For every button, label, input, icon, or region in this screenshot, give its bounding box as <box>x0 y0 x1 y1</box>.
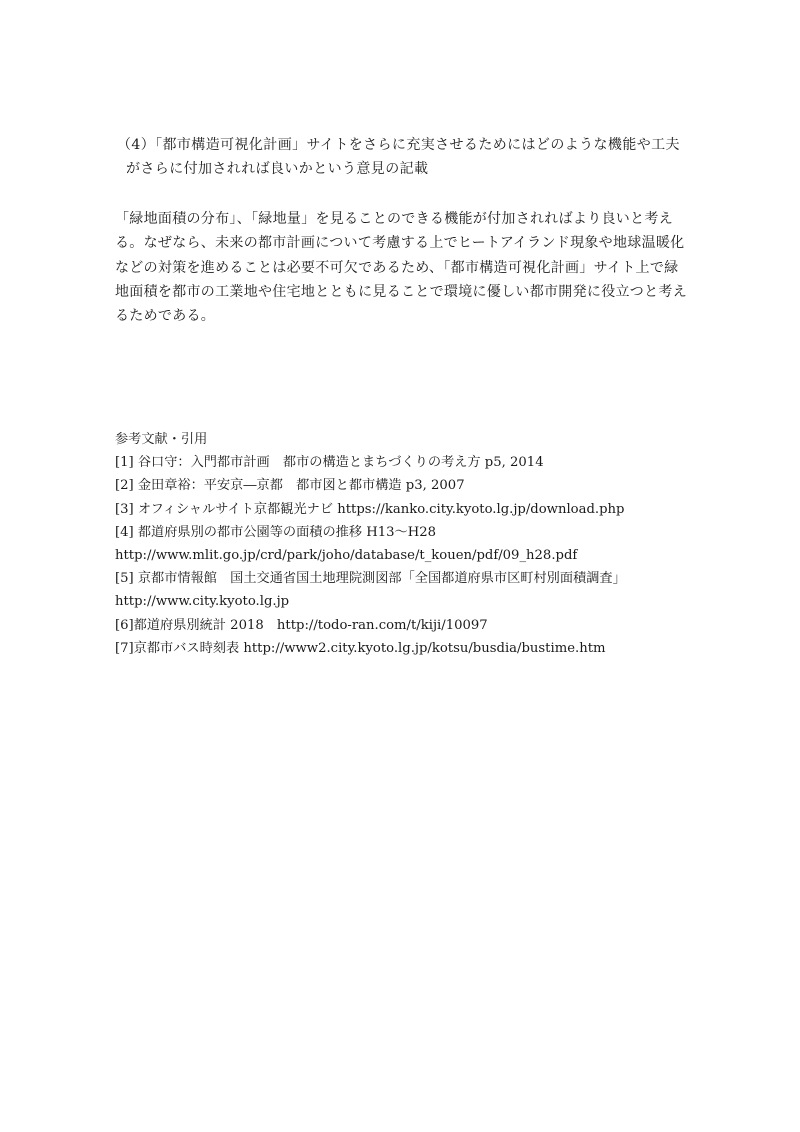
reference-item: [1] 谷口守：入門都市計画 都市の構造とまちづくりの考え方 p5, 2014 <box>115 451 715 474</box>
reference-item: [6]都道府県別統計 2018 http://todo-ran.com/t/ki… <box>115 614 715 637</box>
reference-item: [2] 金田章裕：平安京―京都 都市図と都市構造 p3, 2007 <box>115 474 715 497</box>
section-heading-line-1: （4）「都市構造可視化計画」サイトをさらに充実させるためにはどのような機能や工夫 <box>117 137 680 153</box>
reference-item: [4] 都道府県別の都市公園等の面積の推移 H13～H28 <box>115 521 715 544</box>
paragraph-line: るためである。 <box>115 304 695 328</box>
paragraph-line: 「緑地面積の分布」、「緑地量」を見ることのできる機能が付加されればより良いと考え <box>115 207 695 231</box>
section-heading-line-2: がさらに付加されれば良いかという意見の記載 <box>117 157 697 181</box>
section-heading: （4）「都市構造可視化計画」サイトをさらに充実させるためにはどのような機能や工夫… <box>117 133 697 181</box>
reference-url: http://www.mlit.go.jp/crd/park/joho/data… <box>115 544 715 567</box>
reference-item: [5] 京都市情報館 国土交通省国土地理院測図部「全国都道府県市区町村別面積調査… <box>115 567 715 590</box>
references-section: 参考文献・引用 [1] 谷口守：入門都市計画 都市の構造とまちづくりの考え方 p… <box>115 428 715 660</box>
reference-item: [7]京都市バス時刻表 http://www2.city.kyoto.lg.jp… <box>115 637 715 660</box>
opinion-paragraph: 「緑地面積の分布」、「緑地量」を見ることのできる機能が付加されればより良いと考え… <box>115 207 695 328</box>
reference-item: [3] オフィシャルサイト京都観光ナビ https://kanko.city.k… <box>115 498 715 521</box>
references-title: 参考文献・引用 <box>115 428 715 451</box>
paragraph-line: などの対策を進めることは必要不可欠であるため、「都市構造可視化計画」サイト上で緑 <box>115 256 695 280</box>
paragraph-line: る。なぜなら、未来の都市計画について考慮する上でヒートアイランド現象や地球温暖化 <box>115 231 695 255</box>
document-page: （4）「都市構造可視化計画」サイトをさらに充実させるためにはどのような機能や工夫… <box>0 0 800 1132</box>
reference-url: http://www.city.kyoto.lg.jp <box>115 590 715 613</box>
paragraph-line: 地面積を都市の工業地や住宅地とともに見ることで環境に優しい都市開発に役立つと考え <box>115 280 695 304</box>
